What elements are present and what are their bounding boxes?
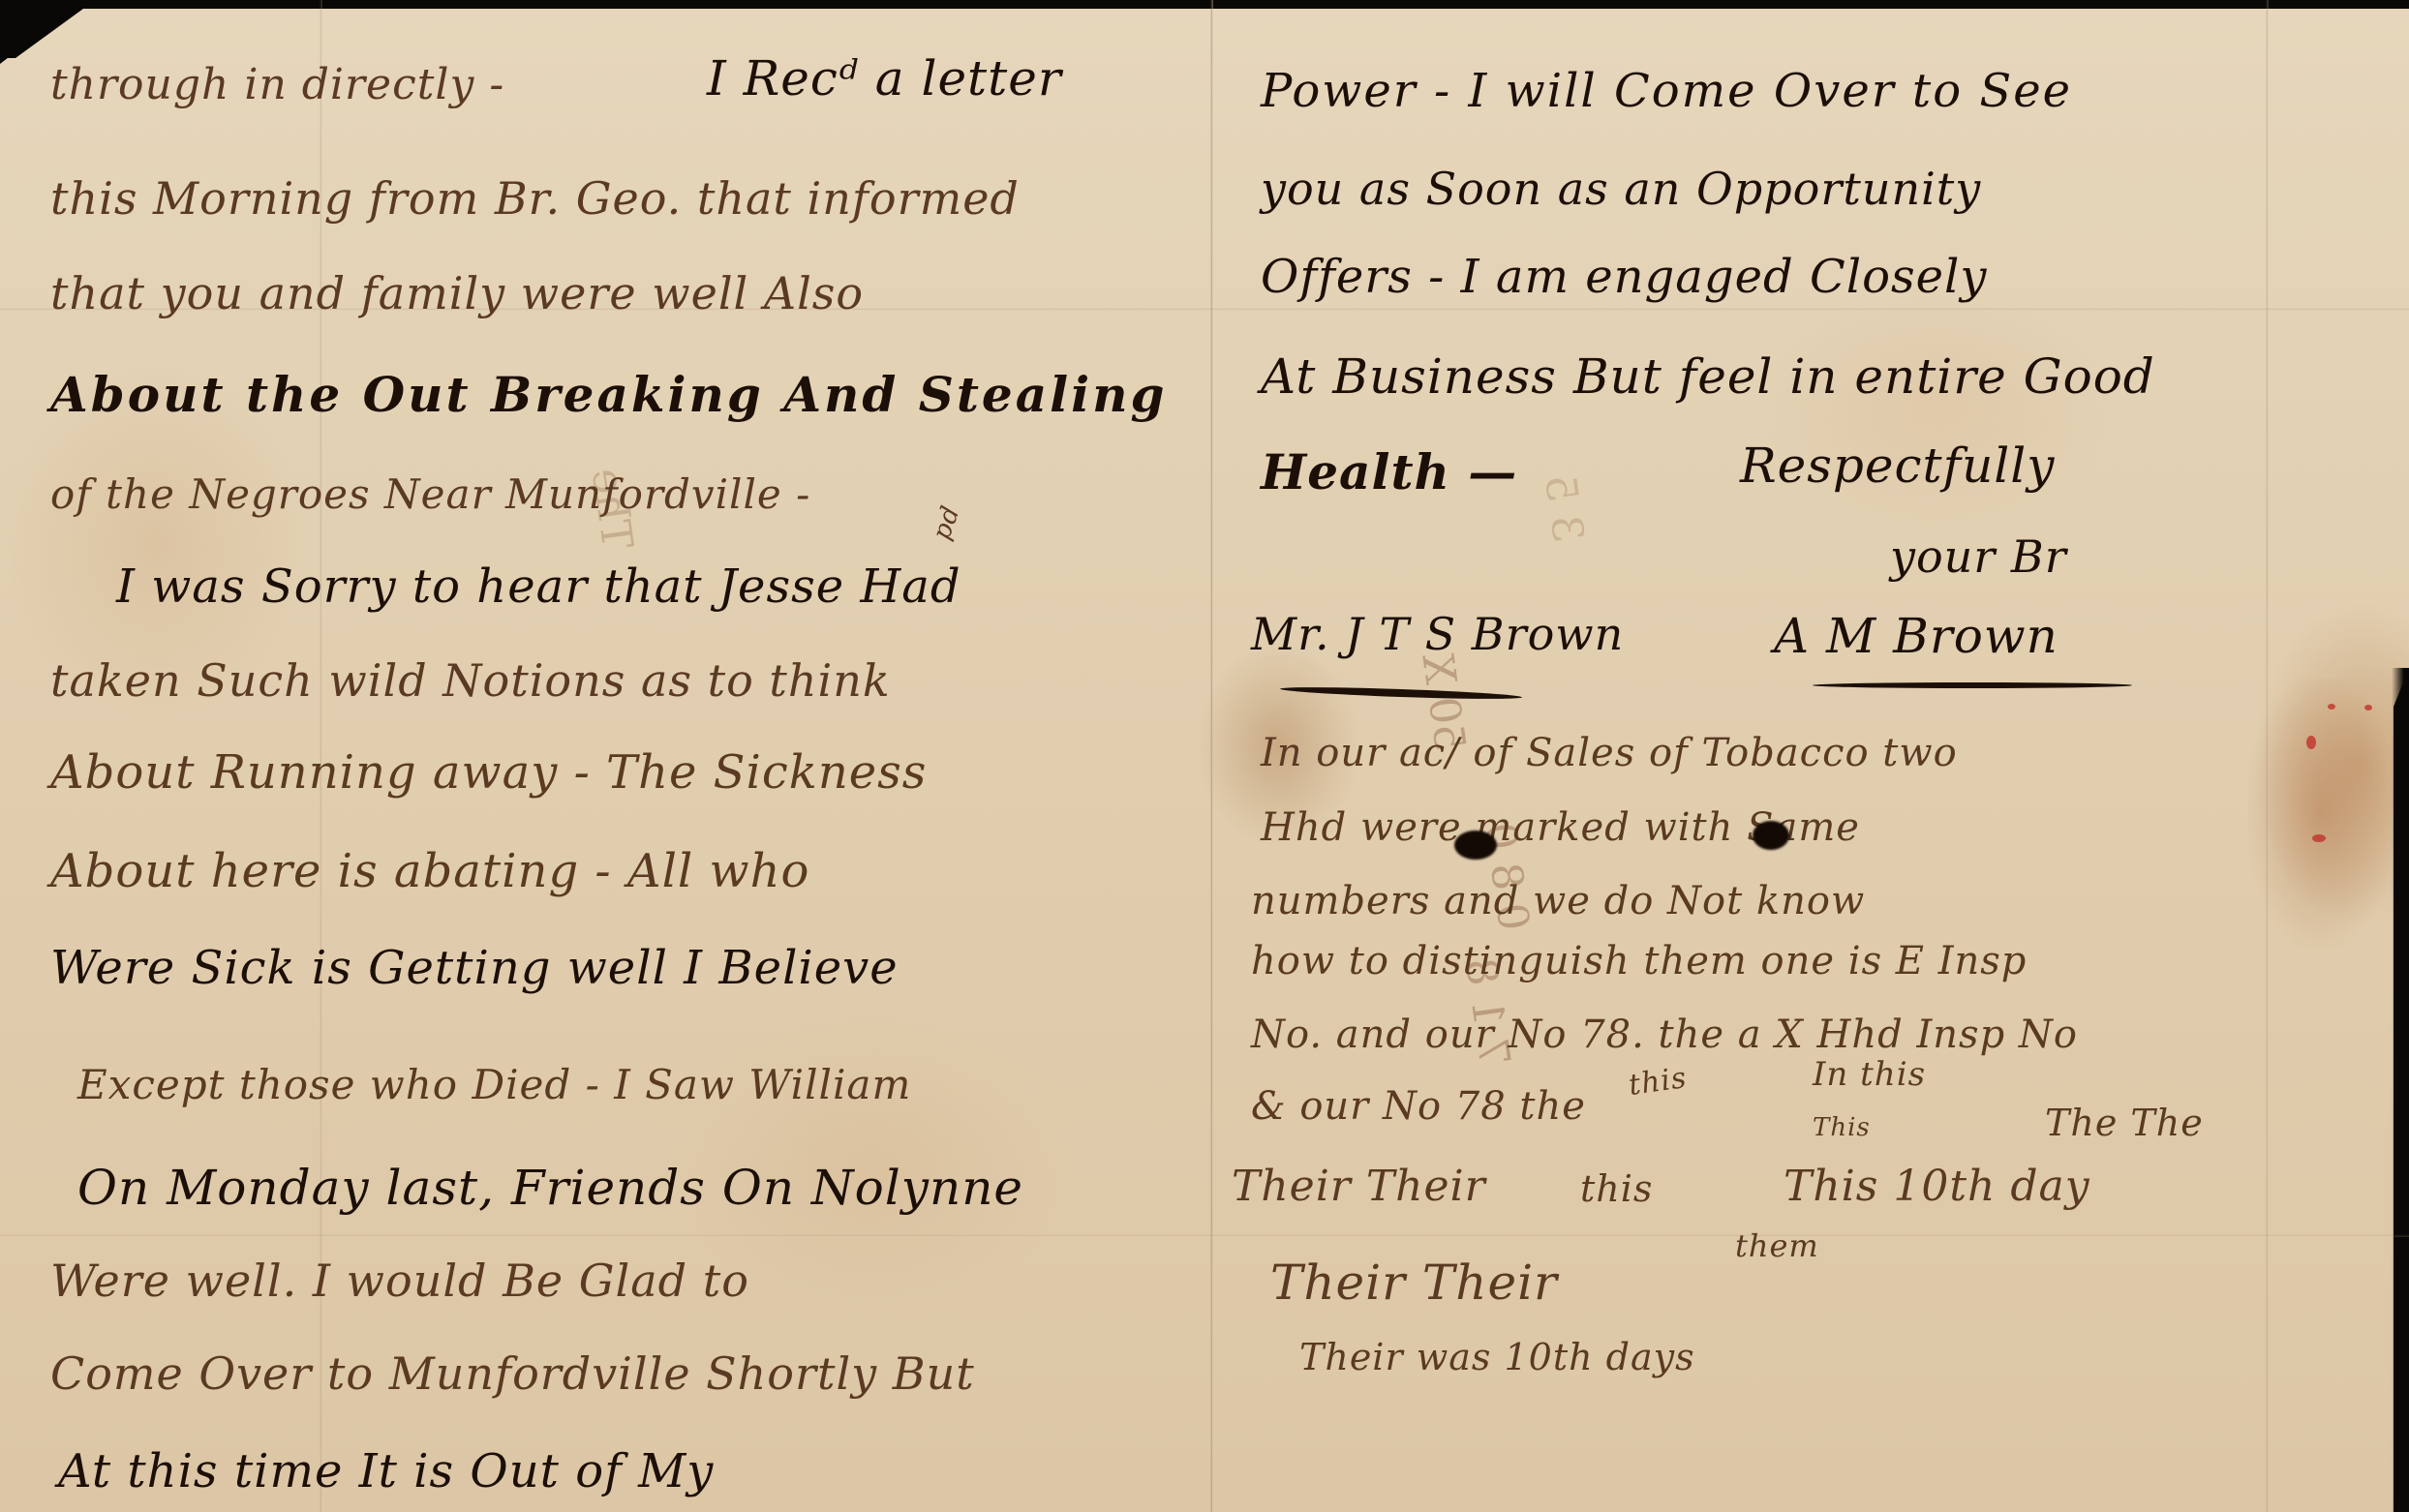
right-page: Power - I will Come Over to See you as S… xyxy=(1212,0,2409,1512)
letter-line: At this time It is Out of My xyxy=(58,1444,714,1498)
underline-flourish xyxy=(1280,685,1522,702)
letter-line: Except those who Died - I Saw William xyxy=(77,1061,911,1108)
practice-scribble: them xyxy=(1735,1227,1819,1264)
letter-line: I was Sorry to hear that Jesse Had xyxy=(116,559,961,614)
postscript-line: numbers and we do Not know xyxy=(1251,879,1865,923)
letter-line: Come Over to Munfordville Shortly But xyxy=(50,1347,975,1400)
signature: A M Brown xyxy=(1774,608,2058,664)
ink-blot xyxy=(1454,831,1497,860)
letter-line: of the Negroes Near Munfordville - xyxy=(50,470,810,518)
postscript-line: No. and our No 78. the a X Hhd Insp No xyxy=(1251,1013,2078,1057)
practice-scribble: this xyxy=(1580,1167,1653,1210)
practice-scribble: Their Their xyxy=(1232,1162,1486,1211)
practice-scribble: this xyxy=(1627,1061,1690,1103)
letter-line: Offers - I am engaged Closely xyxy=(1261,250,1987,304)
red-speck xyxy=(2312,834,2326,842)
letter-line: Health — xyxy=(1261,443,1517,500)
practice-scribble: This xyxy=(1813,1113,1871,1142)
letter-line: About here is abating - All who xyxy=(50,844,809,898)
underline-flourish xyxy=(1813,682,2132,688)
letter-line: Were well. I would Be Glad to xyxy=(50,1255,749,1307)
margin-note: pd xyxy=(928,501,966,543)
letter-line: taken Such wild Notions as to think xyxy=(50,654,891,707)
letter-line: I Recᵈ a letter xyxy=(707,50,1062,106)
addressee: Mr. J T S Brown xyxy=(1251,608,1624,660)
letter-line: Were Sick is Getting well I Believe xyxy=(50,941,899,995)
practice-scribble: Their Their xyxy=(1270,1255,1558,1311)
postscript-line: how to distinguish them one is E Insp xyxy=(1251,939,2027,983)
red-speck xyxy=(2364,705,2372,711)
red-speck xyxy=(2306,736,2316,749)
ink-blot xyxy=(1753,821,1789,850)
postscript-line: & our No 78 the xyxy=(1251,1084,1586,1129)
letter-line: About Running away - The Sickness xyxy=(50,745,927,800)
practice-scribble: Their was 10th days xyxy=(1299,1336,1695,1378)
practice-scribble: The The xyxy=(2045,1102,2204,1144)
closing: Respectfully xyxy=(1740,438,2056,494)
letter-line: this Morning from Br. Geo. that informed xyxy=(50,172,1020,225)
letter-line: At Business But feel in entire Good xyxy=(1261,348,2155,405)
left-page: through in directly - I Recᵈ a letter th… xyxy=(0,0,1212,1512)
closing-salutation: your Br xyxy=(1890,530,2067,583)
letter-line: that you and family were well Also xyxy=(50,267,864,319)
practice-scribble: This 10th day xyxy=(1784,1162,2090,1211)
postscript-line: In our ac/ of Sales of Tobacco two xyxy=(1261,731,1958,775)
letter-line: About the Out Breaking And Stealing xyxy=(50,366,1167,423)
letter-line: you as Soon as an Opportunity xyxy=(1261,163,1981,215)
letter-line: through in directly - xyxy=(50,60,504,109)
letter-line: Power - I will Come Over to See xyxy=(1261,64,2072,118)
red-speck xyxy=(2328,704,2335,710)
practice-scribble: In this xyxy=(1813,1055,1926,1094)
letter-line: On Monday last, Friends On Nolynne xyxy=(77,1160,1023,1216)
